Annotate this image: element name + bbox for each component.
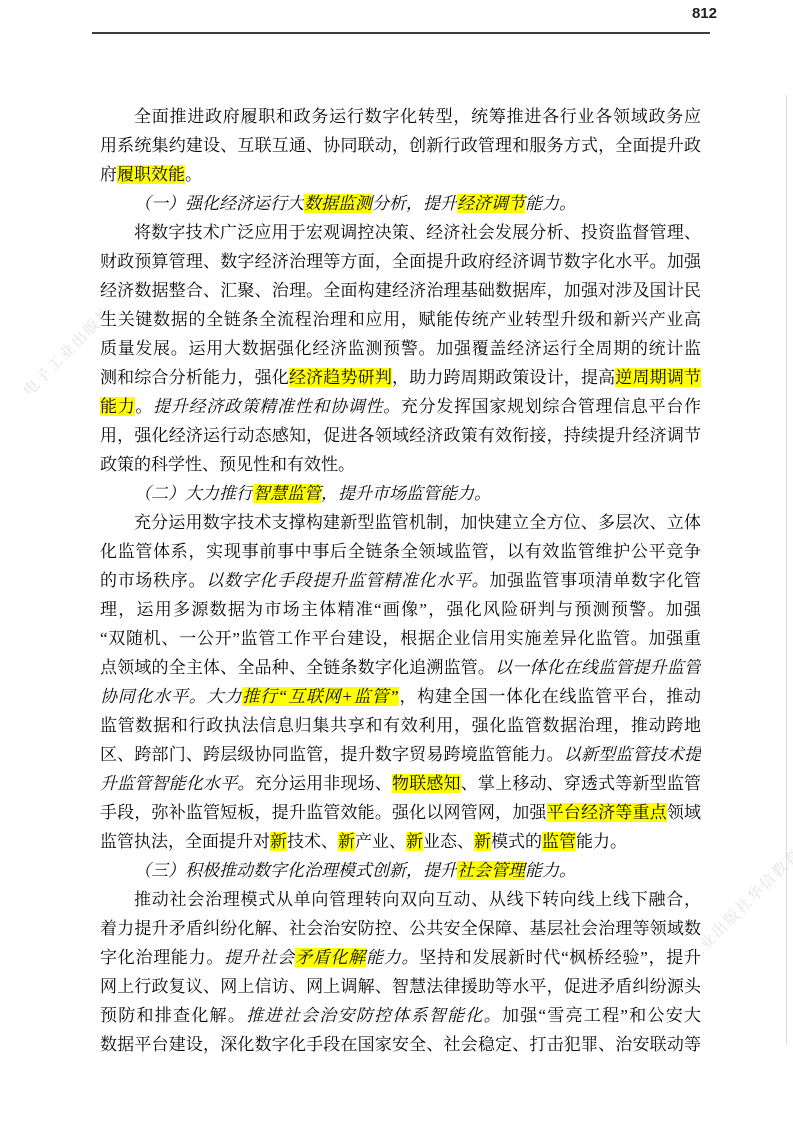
highlighted-text: 监管: [542, 832, 576, 851]
emphasis-text: 分析，提升: [372, 194, 457, 213]
body-text: 质量发展。运用大数据强化经济监测预警。加强覆盖经济运行全周期的统计监: [100, 339, 701, 358]
body-text: 监管执法，全面提升对: [100, 832, 270, 851]
body-text: 技术、: [287, 832, 338, 851]
document-page: 812 电子工业出版社 工业出版社华信教育研究所 全面推进政府履职和政务运行数字…: [0, 0, 793, 1122]
page-edge-line: [786, 95, 787, 1045]
text-line: 全面推进政府履职和政务运行数字化转型，统筹推进各行业各领域政务应: [100, 102, 701, 131]
emphasis-text: 能力。: [366, 948, 419, 967]
body-text: 数据平台建设，深化数字化手段在国家安全、社会稳定、打击犯罪、治安联动等: [100, 1035, 701, 1054]
emphasis-text: 提升社会: [224, 948, 295, 967]
body-text: 财政预算管理、数字经济治理等方面，全面提升政府经济调节数字化水平。加强: [100, 252, 701, 271]
body-text: 化监管体系，实现事前事中事后全链条全领域监管，以有效监管维护公平竞争: [100, 542, 701, 561]
highlighted-text: 社会管理: [457, 861, 525, 880]
body-text: 业态、: [423, 832, 474, 851]
highlighted-text: 新: [474, 832, 491, 851]
emphasis-text: （一）强化经济运行大: [134, 194, 304, 213]
text-line: 政策的科学性、预见性和有效性。: [100, 450, 701, 479]
highlighted-text: 履职效能: [117, 165, 185, 184]
body-text: 充分运用非现场、: [255, 774, 392, 793]
body-text: 将数字技术广泛应用于宏观调控决策、经济社会发展分析、投资监督管理、: [134, 223, 701, 242]
body-text: 加强监管事项清单数字化管: [489, 571, 701, 590]
text-line: 用，强化经济运行动态感知，促进各领域经济政策有效衔接，持续提升经济调节: [100, 421, 701, 450]
text-line: （二）大力推行智慧监管，提升市场监管能力。: [100, 479, 701, 508]
highlighted-text: 矛盾化解: [295, 948, 366, 967]
highlighted-text: 新: [338, 832, 355, 851]
document-text: 全面推进政府履职和政务运行数字化转型，统筹推进各行业各领域政务应用系统集约建设、…: [100, 102, 701, 1059]
text-line: 用系统集约建设、互联互通、协同联动，创新行政管理和服务方式，全面提升政: [100, 131, 701, 160]
emphasis-text: （二）大力推行: [134, 484, 253, 503]
emphasis-text: 能力。: [525, 861, 576, 880]
text-line: 点领域的全主体、全品种、全链条数字化追溯监管。以一体化在线监管提升监管: [100, 653, 701, 682]
text-line: 理，运用多源数据为市场主体精准“画像”，强化风险研判与预测预警。加强: [100, 595, 701, 624]
highlighted-text: 平台经济等重点: [547, 803, 667, 822]
highlighted-text: 新: [406, 832, 423, 851]
emphasis-text: 推进社会治安防控体系智能化。: [246, 1006, 502, 1025]
body-text: “双随机、一公开”监管工作平台建设，根据企业信用实施差异化监管。加强重: [100, 629, 701, 648]
text-line: 字化治理能力。提升社会矛盾化解能力。坚持和发展新时代“枫桥经验”，提升: [100, 943, 701, 972]
text-line: “双随机、一公开”监管工作平台建设，根据企业信用实施差异化监管。加强重: [100, 624, 701, 653]
text-line: 监管执法，全面提升对新技术、新产业、新业态、新模式的监管能力。: [100, 827, 701, 856]
body-text: 预防和排查化解。: [100, 1006, 246, 1025]
emphasis-text: 以一体化在线监管提升监管: [495, 658, 701, 677]
highlighted-text: 智慧监管: [253, 484, 321, 503]
text-line: （一）强化经济运行大数据监测分析，提升经济调节能力。: [100, 189, 701, 218]
text-line: 着力提升矛盾纠纷化解、社会治安防控、公共安全保障、基层社会治理等领域数: [100, 914, 701, 943]
emphasis-text: ，提升市场监管能力。: [321, 484, 491, 503]
text-line: 区、跨部门、跨层级协同监管，提升数字贸易跨境监管能力。以新型监管技术提: [100, 740, 701, 769]
text-line: 生关键数据的全链条全流程治理和应用，赋能传统产业转型升级和新兴产业高: [100, 305, 701, 334]
body-text: 监管数据和行政执法信息归集共享和有效利用，强化监管数据治理，推动跨地: [100, 716, 701, 735]
body-text: 理，运用多源数据为市场主体精准“画像”，强化风险研判与预测预警。加强: [100, 600, 701, 619]
emphasis-text: 以数字化手段提升监管精准化水平。: [206, 571, 489, 590]
text-line: 升监管智能化水平。充分运用非现场、物联感知、掌上移动、穿透式等新型监管: [100, 769, 701, 798]
text-line: 质量发展。运用大数据强化经济监测预警。加强覆盖经济运行全周期的统计监: [100, 334, 701, 363]
highlighted-text: 物联感知: [392, 774, 461, 793]
body-text: ，构建全国一体化在线监管平台，推动: [399, 687, 701, 706]
body-text: 充分发挥国家规划综合管理信息平台作: [401, 397, 701, 416]
text-line: 数据平台建设，深化数字化手段在国家安全、社会稳定、打击犯罪、治安联动等: [100, 1030, 701, 1059]
body-text: 字化治理能力。: [100, 948, 224, 967]
text-line: （三）积极推动数字化治理模式创新，提升社会管理能力。: [100, 856, 701, 885]
body-text: 手段，弥补监管短板，提升监管效能。强化以网管网，加强: [100, 803, 547, 822]
body-text: 产业、: [355, 832, 406, 851]
text-line: 充分运用数字技术支撑构建新型监管机制，加快建立全方位、多层次、立体: [100, 508, 701, 537]
body-text: 能力。: [576, 832, 627, 851]
emphasis-text: 协同化水平。大力: [100, 687, 242, 706]
highlighted-text: 经济趋势研判: [289, 368, 392, 387]
body-text: 用，强化经济运行动态感知，促进各领域经济政策有效衔接，持续提升经济调节: [100, 426, 701, 445]
highlighted-text: 推行“互联网+监管”: [242, 687, 398, 706]
body-text: 经济数据整合、汇聚、治理。全面构建经济治理基础数据库，加强对涉及国计民: [100, 281, 701, 300]
text-line: 经济数据整合、汇聚、治理。全面构建经济治理基础数据库，加强对涉及国计民: [100, 276, 701, 305]
body-text: 着力提升矛盾纠纷化解、社会治安防控、公共安全保障、基层社会治理等领域数: [100, 919, 701, 938]
body-text: 加强“雪亮工程”和公安大: [502, 1006, 701, 1025]
body-text: 。: [135, 397, 153, 416]
body-text: 、掌上移动、穿透式等新型监管: [461, 774, 701, 793]
body-text: 的市场秩序。: [100, 571, 206, 590]
text-line: 能力。提升经济政策精准性和协调性。充分发挥国家规划综合管理信息平台作: [100, 392, 701, 421]
body-text: 区、跨部门、跨层级协同监管，提升数字贸易跨境监管能力。: [100, 745, 564, 764]
text-line: 将数字技术广泛应用于宏观调控决策、经济社会发展分析、投资监督管理、: [100, 218, 701, 247]
text-line: 府履职效能。: [100, 160, 701, 189]
body-text: 网上行政复议、网上信访、网上调解、智慧法律援助等水平，促进矛盾纠纷源头: [100, 977, 701, 996]
text-line: 监管数据和行政执法信息归集共享和有效利用，强化监管数据治理，推动跨地: [100, 711, 701, 740]
text-line: 化监管体系，实现事前事中事后全链条全领域监管，以有效监管维护公平竞争: [100, 537, 701, 566]
emphasis-text: 以新型监管技术提: [564, 745, 701, 764]
text-line: 协同化水平。大力推行“互联网+监管”，构建全国一体化在线监管平台，推动: [100, 682, 701, 711]
highlighted-text: 逆周期调节: [615, 368, 701, 387]
body-text: 府: [100, 165, 117, 184]
body-text: 点领域的全主体、全品种、全链条数字化追溯监管。: [100, 658, 495, 677]
text-line: 的市场秩序。以数字化手段提升监管精准化水平。加强监管事项清单数字化管: [100, 566, 701, 595]
body-text: 用系统集约建设、互联互通、协同联动，创新行政管理和服务方式，全面提升政: [100, 136, 701, 155]
text-line: 推动社会治理模式从单向管理转向双向互动、从线下转向线上线下融合，: [100, 885, 701, 914]
page-number: 812: [692, 5, 717, 22]
body-text: 领域: [667, 803, 701, 822]
body-text: 生关键数据的全链条全流程治理和应用，赋能传统产业转型升级和新兴产业高: [100, 310, 701, 329]
body-text: 全面推进政府履职和政务运行数字化转型，统筹推进各行业各领域政务应: [134, 107, 701, 126]
body-text: 政策的科学性、预见性和有效性。: [100, 455, 355, 474]
emphasis-text: （三）积极推动数字化治理模式创新，提升: [134, 861, 457, 880]
body-text: 充分运用数字技术支撑构建新型监管机制，加快建立全方位、多层次、立体: [134, 513, 701, 532]
text-line: 网上行政复议、网上信访、网上调解、智慧法律援助等水平，促进矛盾纠纷源头: [100, 972, 701, 1001]
highlighted-text: 数据监测: [304, 194, 372, 213]
text-line: 测和综合分析能力，强化经济趋势研判，助力跨周期政策设计，提高逆周期调节: [100, 363, 701, 392]
emphasis-text: 升监管智能化水平。: [100, 774, 255, 793]
emphasis-text: 能力。: [525, 194, 576, 213]
highlighted-text: 能力: [100, 397, 135, 416]
text-line: 预防和排查化解。推进社会治安防控体系智能化。加强“雪亮工程”和公安大: [100, 1001, 701, 1030]
body-text: 坚持和发展新时代“枫桥经验”，提升: [419, 948, 701, 967]
header-rule: [92, 32, 710, 34]
highlighted-text: 新: [270, 832, 287, 851]
text-line: 财政预算管理、数字经济治理等方面，全面提升政府经济调节数字化水平。加强: [100, 247, 701, 276]
text-line: 手段，弥补监管短板，提升监管效能。强化以网管网，加强平台经济等重点领域: [100, 798, 701, 827]
emphasis-text: 提升经济政策精准性和协调性。: [153, 397, 401, 416]
body-text: 测和综合分析能力，强化: [100, 368, 289, 387]
body-text: 推动社会治理模式从单向管理转向双向互动、从线下转向线上线下融合，: [134, 890, 701, 909]
body-text: ，助力跨周期政策设计，提高: [392, 368, 615, 387]
body-text: 。: [185, 165, 202, 184]
body-text: 模式的: [491, 832, 542, 851]
highlighted-text: 经济调节: [457, 194, 525, 213]
